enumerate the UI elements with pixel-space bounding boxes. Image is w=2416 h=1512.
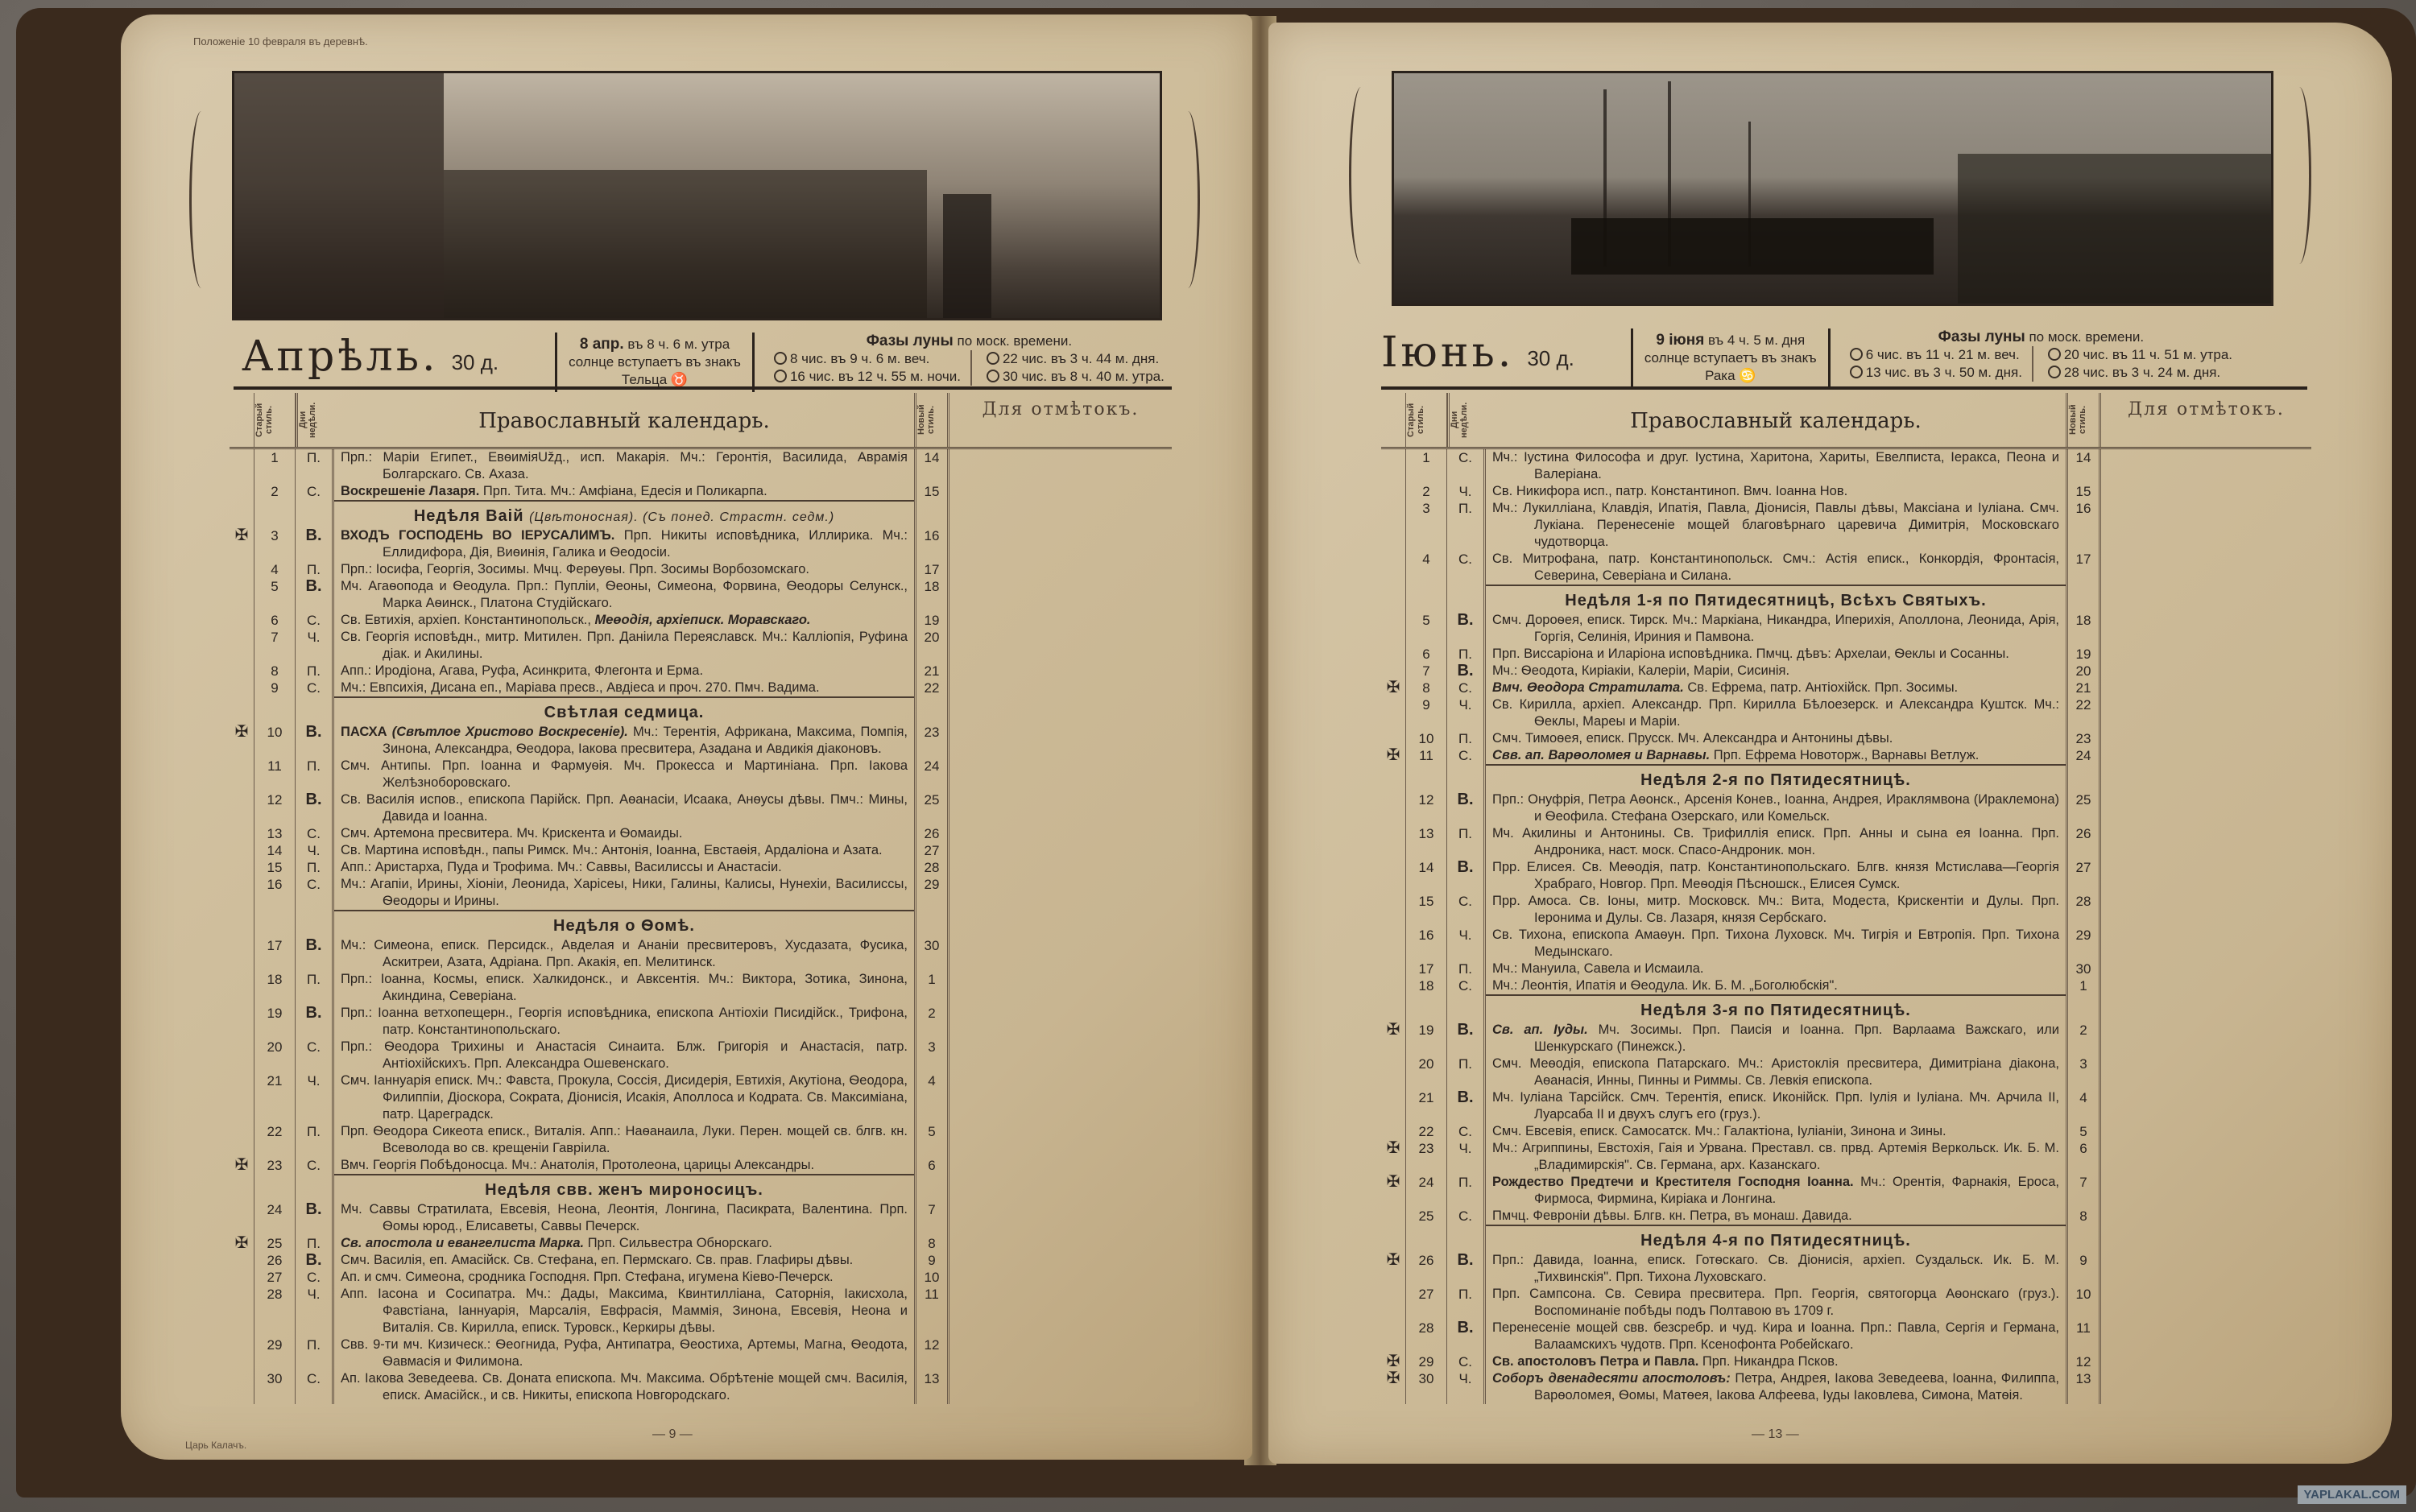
- saints-text: Мч. Акилины и Антонины. Св. Трифиллія еп…: [1486, 825, 2066, 859]
- table-row: 8П.Апп.: Иродіона, Агава, Руфа, Асинкрит…: [230, 663, 1172, 680]
- notes-cell: [2101, 893, 2311, 927]
- feast-cross-icon: [230, 1039, 254, 1072]
- old-style-date: 10: [1405, 730, 1447, 747]
- old-style-date: 2: [1405, 483, 1447, 500]
- new-style-date: 5: [2066, 1123, 2101, 1140]
- weekday: В.: [296, 1005, 334, 1039]
- table-row: 12В.Прп.: Онуфрія, Петра Аѳонск., Арсені…: [1381, 791, 2311, 825]
- table-row: 14В.Прр. Елисея. Св. Меѳодія, патр. Конс…: [1381, 859, 2311, 893]
- old-style-date: 11: [1405, 747, 1447, 764]
- saints-text: Мч.: Мануила, Савела и Исмаила.: [1486, 960, 2066, 977]
- old-style-date: 11: [254, 758, 296, 791]
- saints-text: Прп. Виссаріона и Иларіона исповѣдника. …: [1486, 646, 2066, 663]
- saints-text: Прп.: Давида, Іоанна, еписк. Готѳскаго. …: [1486, 1252, 2066, 1286]
- new-style-date: 18: [2066, 612, 2101, 646]
- weekday: П.: [296, 758, 334, 791]
- table-row: 14Ч.Св. Мартина исповѣдн., папы Римск. М…: [230, 842, 1172, 859]
- saints-text: Ап. Іакова Зеведеева. Св. Доната епископ…: [334, 1370, 914, 1404]
- feast-cross-icon: [1381, 859, 1405, 893]
- saints-text: Апп.: Иродіона, Агава, Руфа, Асинкрита, …: [334, 663, 914, 680]
- weekday: С.: [1447, 449, 1486, 483]
- week-heading: Свѣтлая седмица.: [230, 696, 1172, 724]
- new-style-date: 2: [2066, 1022, 2101, 1056]
- new-style-date: 18: [914, 578, 949, 612]
- saints-text: Смч. Антипы. Прп. Іоанна и Фармуѳія. Мч.…: [334, 758, 914, 791]
- old-style-date: 20: [1405, 1056, 1447, 1089]
- notes-cell: [949, 561, 1172, 578]
- old-style-date: 28: [254, 1286, 296, 1336]
- weekday: С.: [1447, 1353, 1486, 1370]
- old-style-date: 23: [254, 1157, 296, 1174]
- feast-cross-icon: [230, 561, 254, 578]
- new-style-date: 13: [914, 1370, 949, 1404]
- table-row: 13П.Мч. Акилины и Антонины. Св. Трифиллі…: [1381, 825, 2311, 859]
- notes-cell: [949, 483, 1172, 500]
- old-style-date: 19: [254, 1005, 296, 1039]
- feast-cross-icon: [230, 483, 254, 500]
- feast-cross-icon: ✠: [230, 1235, 254, 1252]
- feast-cross-icon: ✠: [1381, 1174, 1405, 1208]
- old-style-date: 2: [254, 483, 296, 500]
- notes-cell: [2101, 747, 2311, 764]
- new-style-date: 3: [914, 1039, 949, 1072]
- weekday: П.: [1447, 1174, 1486, 1208]
- old-style-date: 24: [1405, 1174, 1447, 1208]
- saints-text: Мч.: Лукилліана, Клавдія, Ипатія, Павла,…: [1486, 500, 2066, 551]
- weekday: П.: [1447, 730, 1486, 747]
- notes-cell: [2101, 483, 2311, 500]
- feast-cross-icon: [1381, 977, 1405, 994]
- feast-cross-icon: [230, 937, 254, 971]
- feast-cross-icon: [1381, 1123, 1405, 1140]
- table-row: ✠25П.Св. апостола и евангелиста Марка. П…: [230, 1235, 1172, 1252]
- table-row: 17В.Мч.: Симеона, еписк. Персидск., Авде…: [230, 937, 1172, 971]
- new-style-date: 6: [2066, 1140, 2101, 1174]
- feast-cross-icon: ✠: [230, 1157, 254, 1174]
- old-style-date: 7: [254, 629, 296, 663]
- weekday: С.: [1447, 977, 1486, 994]
- saints-text: Св. Евтихія, архіеп. Константинопольск.,…: [334, 612, 914, 629]
- notes-cell: [949, 842, 1172, 859]
- notes-cell: [2101, 1056, 2311, 1089]
- new-style-date: 1: [2066, 977, 2101, 994]
- old-style-date: 21: [1405, 1089, 1447, 1123]
- weekday: В.: [1447, 1320, 1486, 1353]
- notes-cell: [949, 1201, 1172, 1235]
- page-number: — 9 —: [652, 1427, 693, 1442]
- old-style-date: 9: [254, 680, 296, 696]
- old-style-date: 9: [1405, 696, 1447, 730]
- saints-text: Мч.: Леонтія, Ипатія и Ѳеодула. Ик. Б. М…: [1486, 977, 2066, 994]
- saints-text: Св. апостола и евангелиста Марка. Прп. С…: [334, 1235, 914, 1252]
- river-boats-illustration: [1392, 71, 2273, 306]
- table-row: 13С.Смч. Артемона пресвитера. Мч. Криске…: [230, 825, 1172, 842]
- new-style-date: 6: [914, 1157, 949, 1174]
- weekday: С.: [296, 680, 334, 696]
- weekday: С.: [296, 1269, 334, 1286]
- feast-cross-icon: [230, 876, 254, 910]
- table-row: 16Ч.Св. Тихона, епископа Амаѳун. Прп. Ти…: [1381, 927, 2311, 960]
- weekday: В.: [296, 724, 334, 758]
- saints-text: Св. Мартина исповѣдн., папы Римск. Мч.: …: [334, 842, 914, 859]
- floral-ornament-icon: [2287, 87, 2311, 264]
- notes-cell: [949, 1286, 1172, 1336]
- feast-cross-icon: [230, 1286, 254, 1336]
- weekday: П.: [296, 663, 334, 680]
- old-style-date: 22: [1405, 1123, 1447, 1140]
- table-row: ✠24П.Рождество Предтечи и Крестителя Гос…: [1381, 1174, 2311, 1208]
- saints-text: Св. ап. Іуды. Мч. Зосимы. Прп. Паисія и …: [1486, 1022, 2066, 1056]
- table-body: 1П.Прп.: Маріи Египет., ЕвѳиміяUžд., исп…: [230, 449, 1172, 1404]
- saints-text: Мч.: Іустина Философа и друг. Іустина, Х…: [1486, 449, 2066, 483]
- saints-text: Мч.: Ѳеодота, Киріакіи, Калеріи, Маріи, …: [1486, 663, 2066, 680]
- saints-text: ПАСХА (Свѣтлое Христово Воскресеніе). Мч…: [334, 724, 914, 758]
- notes-cell: [2101, 1174, 2311, 1208]
- old-style-date: 12: [254, 791, 296, 825]
- calendar-table: Старый стиль. Дни недѣли. Православный к…: [230, 393, 1172, 1404]
- moon-phase-icon: [2048, 366, 2061, 378]
- feast-cross-icon: [230, 629, 254, 663]
- weekday: В.: [1447, 612, 1486, 646]
- table-row: 16С.Мч.: Агапіи, Ирины, Хіоніи, Леонида,…: [230, 876, 1172, 910]
- old-style-date: 5: [1405, 612, 1447, 646]
- notes-cell: [2101, 825, 2311, 859]
- saints-text: Прр. Амоса. Св. Іоны, митр. Московск. Мч…: [1486, 893, 2066, 927]
- feast-cross-icon: [1381, 730, 1405, 747]
- feast-cross-icon: [1381, 663, 1405, 680]
- month-days-count: 30 д.: [452, 350, 499, 375]
- new-style-date: 21: [2066, 680, 2101, 696]
- feast-cross-icon: [1381, 960, 1405, 977]
- week-heading: Недѣля Ваій (Цвѣтоносная). (Съ понед. Ст…: [230, 500, 1172, 527]
- saints-text: Прп. Ѳеодора Сикеота еписк., Виталія. Ап…: [334, 1123, 914, 1157]
- weekday: В.: [296, 578, 334, 612]
- feast-cross-icon: ✠: [1381, 1140, 1405, 1174]
- month-title: Апрѣль.: [242, 333, 439, 381]
- saints-text: Перенесеніе мощей свв. безсребр. и чуд. …: [1486, 1320, 2066, 1353]
- table-row: 11П.Смч. Антипы. Прп. Іоанна и Фармуѳія.…: [230, 758, 1172, 791]
- notes-cell: [949, 1252, 1172, 1269]
- weekday: С.: [296, 483, 334, 500]
- old-style-date: 29: [1405, 1353, 1447, 1370]
- old-style-date: 16: [254, 876, 296, 910]
- month-header: Іюнь. 30 д. 9 іюня въ 4 ч. 5 м. дня солн…: [1381, 328, 2396, 388]
- new-style-date: 26: [914, 825, 949, 842]
- feast-cross-icon: [1381, 825, 1405, 859]
- old-style-date: 3: [254, 527, 296, 561]
- old-style-date: 10: [254, 724, 296, 758]
- notes-cell: [2101, 646, 2311, 663]
- notes-cell: [2101, 859, 2311, 893]
- old-style-date: 20: [254, 1039, 296, 1072]
- new-style-date: 9: [2066, 1252, 2101, 1286]
- weekday: В.: [296, 937, 334, 971]
- new-style-date: 1: [914, 971, 949, 1005]
- weekday: В.: [1447, 791, 1486, 825]
- new-style-date: 10: [2066, 1286, 2101, 1320]
- old-style-date: 15: [1405, 893, 1447, 927]
- new-style-date: 5: [914, 1123, 949, 1157]
- old-style-date: 18: [1405, 977, 1447, 994]
- feast-cross-icon: [1381, 791, 1405, 825]
- weekday: П.: [1447, 825, 1486, 859]
- old-style-date: 15: [254, 859, 296, 876]
- feast-cross-icon: [1381, 1208, 1405, 1225]
- saints-text: Свв. 9-ти мч. Кизическ.: Ѳеогнида, Руфа,…: [334, 1336, 914, 1370]
- notes-cell: [2101, 1320, 2311, 1353]
- weekday: П.: [296, 1123, 334, 1157]
- moon-phase-icon: [1850, 366, 1863, 378]
- table-header: Старый стиль. Дни недѣли. Православный к…: [1381, 393, 2311, 449]
- old-style-date: 25: [254, 1235, 296, 1252]
- page-number: — 13 —: [1752, 1427, 1799, 1442]
- saints-text: Рождество Предтечи и Крестителя Господня…: [1486, 1174, 2066, 1208]
- weekday: П.: [296, 449, 334, 483]
- old-style-date: 14: [1405, 859, 1447, 893]
- new-style-date: 30: [914, 937, 949, 971]
- weekday: П.: [296, 561, 334, 578]
- new-style-date: 12: [2066, 1353, 2101, 1370]
- table-row: 24В.Мч. Саввы Стратилата, Евсевія, Неона…: [230, 1201, 1172, 1235]
- bottom-caption: Царь Калачъ.: [185, 1440, 246, 1451]
- notes-cell: [949, 1336, 1172, 1370]
- weekday: С.: [1447, 680, 1486, 696]
- table-row: ✠11С.Свв. ап. Варѳоломея и Варнавы. Прп.…: [1381, 747, 2311, 764]
- weekday: В.: [296, 527, 334, 561]
- notes-cell: [2101, 791, 2311, 825]
- old-style-date: 14: [254, 842, 296, 859]
- feast-cross-icon: [1381, 893, 1405, 927]
- feast-cross-icon: [230, 859, 254, 876]
- feast-cross-icon: ✠: [1381, 680, 1405, 696]
- feast-cross-icon: [230, 1252, 254, 1269]
- table-row: 15П.Апп.: Аристарха, Пуда и Трофима. Мч.…: [230, 859, 1172, 876]
- old-style-date: 13: [254, 825, 296, 842]
- new-style-date: 7: [914, 1201, 949, 1235]
- weekday: Ч.: [1447, 1140, 1486, 1174]
- weekday: Ч.: [296, 842, 334, 859]
- saints-text: Св. Никифора исп., патр. Константиноп. В…: [1486, 483, 2066, 500]
- table-row: 21В.Мч. Іуліана Тарсійск. Смч. Терентія,…: [1381, 1089, 2311, 1123]
- saints-text: Смч. Іаннуарія еписк. Мч.: Фавста, Проку…: [334, 1072, 914, 1123]
- new-style-date: 9: [914, 1252, 949, 1269]
- saints-text: Мч.: Симеона, еписк. Персидск., Авделая …: [334, 937, 914, 971]
- feast-cross-icon: ✠: [1381, 1022, 1405, 1056]
- table-row: 19В.Прп.: Іоанна ветхопещерн., Георгія и…: [230, 1005, 1172, 1039]
- new-style-date: 15: [914, 483, 949, 500]
- new-style-date: 2: [914, 1005, 949, 1039]
- new-style-date: 17: [914, 561, 949, 578]
- notes-cell: [949, 1072, 1172, 1123]
- moon-phase-icon: [2048, 348, 2061, 361]
- old-style-date: 26: [1405, 1252, 1447, 1286]
- notes-cell: [2101, 1252, 2311, 1286]
- feast-cross-icon: ✠: [1381, 1252, 1405, 1286]
- table-header: Старый стиль. Дни недѣли. Православный к…: [230, 393, 1172, 449]
- notes-cell: [949, 1269, 1172, 1286]
- weekday: С.: [1447, 551, 1486, 585]
- saints-text: Прп.: Іоанна ветхопещерн., Георгія испов…: [334, 1005, 914, 1039]
- old-style-date: 27: [1405, 1286, 1447, 1320]
- notes-cell: [2101, 612, 2311, 646]
- feast-cross-icon: [1381, 696, 1405, 730]
- feast-cross-icon: [1381, 551, 1405, 585]
- notes-cell: [2101, 696, 2311, 730]
- saints-text: Св. апостоловъ Петра и Павла. Прп. Никан…: [1486, 1353, 2066, 1370]
- table-row: 18С.Мч.: Леонтія, Ипатія и Ѳеодула. Ик. …: [1381, 977, 2311, 994]
- new-style-date: 29: [2066, 927, 2101, 960]
- new-style-date: 3: [2066, 1056, 2101, 1089]
- notes-cell: [2101, 927, 2311, 960]
- old-style-date: 21: [254, 1072, 296, 1123]
- feast-cross-icon: [230, 1336, 254, 1370]
- saints-text: Прп.: Ѳеодора Трихины и Анастасія Синаит…: [334, 1039, 914, 1072]
- new-style-date: 10: [914, 1269, 949, 1286]
- notes-cell: [2101, 449, 2311, 483]
- notes-cell: [949, 1370, 1172, 1404]
- new-style-date: 28: [914, 859, 949, 876]
- notes-cell: [949, 527, 1172, 561]
- new-style-date: 8: [914, 1235, 949, 1252]
- old-style-date: 4: [1405, 551, 1447, 585]
- new-style-date: 20: [2066, 663, 2101, 680]
- table-row: 4С.Св. Митрофана, патр. Константинопольс…: [1381, 551, 2311, 585]
- table-row: 21Ч.Смч. Іаннуарія еписк. Мч.: Фавста, П…: [230, 1072, 1172, 1123]
- table-row: ✠3В.ВХОДЪ ГОСПОДЕНЬ ВО ІЕРУСАЛИМЪ. Прп. …: [230, 527, 1172, 561]
- table-row: 15С.Прр. Амоса. Св. Іоны, митр. Московск…: [1381, 893, 2311, 927]
- divider: [234, 386, 1172, 390]
- weekday: П.: [1447, 646, 1486, 663]
- saints-text: Вмч. Георгія Побѣдоносца. Мч.: Анатолія,…: [334, 1157, 914, 1174]
- table-row: ✠23С.Вмч. Георгія Побѣдоносца. Мч.: Анат…: [230, 1157, 1172, 1174]
- saints-text: Смч. Меѳодія, епископа Патарскаго. Мч.: …: [1486, 1056, 2066, 1089]
- feast-cross-icon: [1381, 612, 1405, 646]
- new-style-date: 21: [914, 663, 949, 680]
- moon-phase-icon: [774, 370, 787, 382]
- notes-cell: [2101, 680, 2311, 696]
- notes-cell: [2101, 500, 2311, 551]
- week-heading: Недѣля 1-я по Пятидесятницѣ, Всѣхъ Святы…: [1381, 585, 2311, 612]
- feast-cross-icon: ✠: [230, 527, 254, 561]
- table-row: 26В.Смч. Василія, еп. Амасійск. Св. Стеф…: [230, 1252, 1172, 1269]
- weekday: В.: [1447, 1089, 1486, 1123]
- table-row: 17П.Мч.: Мануила, Савела и Исмаила.30: [1381, 960, 2311, 977]
- new-style-date: 17: [2066, 551, 2101, 585]
- notes-cell: [2101, 1370, 2311, 1404]
- notes-cell: [949, 1235, 1172, 1252]
- notes-cell: [2101, 1286, 2311, 1320]
- weekday: Ч.: [296, 1072, 334, 1123]
- table-row: 22П.Прп. Ѳеодора Сикеота еписк., Виталія…: [230, 1123, 1172, 1157]
- feast-cross-icon: [230, 578, 254, 612]
- notes-cell: [2101, 1022, 2311, 1056]
- feast-cross-icon: [1381, 500, 1405, 551]
- week-heading: Недѣля 3-я по Пятидесятницѣ.: [1381, 994, 2311, 1022]
- sun-sign-entry: 9 іюня въ 4 ч. 5 м. дня солнце вступаетъ…: [1631, 328, 1831, 388]
- old-style-date: 8: [254, 663, 296, 680]
- feast-cross-icon: [230, 449, 254, 483]
- saints-text: Мч.: Евпсихія, Дисана еп., Маріава пресв…: [334, 680, 914, 696]
- weekday: П.: [296, 1336, 334, 1370]
- feast-cross-icon: [1381, 1286, 1405, 1320]
- old-style-date: 29: [254, 1336, 296, 1370]
- weekday: В.: [296, 791, 334, 825]
- old-style-date: 17: [1405, 960, 1447, 977]
- notes-cell: [2101, 960, 2311, 977]
- table-row: 2С.Воскрешеніе Лазаря. Прп. Тита. Мч.: А…: [230, 483, 1172, 500]
- table-row: 12В.Св. Василія испов., епископа Парійск…: [230, 791, 1172, 825]
- notes-cell: [949, 449, 1172, 483]
- floral-ornament-icon: [1176, 111, 1200, 288]
- weekday: В.: [296, 1252, 334, 1269]
- notes-cell: [2101, 1089, 2311, 1123]
- old-style-date: 6: [1405, 646, 1447, 663]
- month-header: Апрѣль. 30 д. 8 апр. въ 8 ч. 6 м. утра с…: [242, 333, 1313, 392]
- illustration-caption: Положеніе 10 февраля въ деревнѣ.: [193, 35, 368, 48]
- feast-cross-icon: [1381, 646, 1405, 663]
- feast-cross-icon: [230, 791, 254, 825]
- table-row: 18П.Прп.: Іоанна, Космы, еписк. Халкидон…: [230, 971, 1172, 1005]
- moon-phases: Фазы луны по моск. времени. 6 чис. въ 11…: [1850, 328, 2232, 382]
- new-style-date: 11: [914, 1286, 949, 1336]
- feast-cross-icon: [230, 612, 254, 629]
- table-row: 4П.Прп.: Іосифа, Георгія, Зосимы. Мчц. Ф…: [230, 561, 1172, 578]
- saints-text: Пмчц. Февроніи дѣвы. Блгв. кн. Петра, въ…: [1486, 1208, 2066, 1225]
- saints-text: Свв. ап. Варѳоломея и Варнавы. Прп. Ефре…: [1486, 747, 2066, 764]
- month-title: Іюнь.: [1381, 328, 1514, 377]
- table-row: ✠29С.Св. апостоловъ Петра и Павла. Прп. …: [1381, 1353, 2311, 1370]
- table-row: 1П.Прп.: Маріи Египет., ЕвѳиміяUžд., исп…: [230, 449, 1172, 483]
- feast-cross-icon: [230, 1201, 254, 1235]
- table-row: 7В.Мч.: Ѳеодота, Киріакіи, Калеріи, Марі…: [1381, 663, 2311, 680]
- new-style-date: 13: [2066, 1370, 2101, 1404]
- notes-cell: [949, 825, 1172, 842]
- old-style-date: 12: [1405, 791, 1447, 825]
- old-style-date: 30: [254, 1370, 296, 1404]
- saints-text: Воскрешеніе Лазаря. Прп. Тита. Мч.: Амфі…: [334, 483, 914, 500]
- new-style-date: 14: [2066, 449, 2101, 483]
- divider: [1381, 386, 2307, 390]
- weekday: В.: [1447, 1252, 1486, 1286]
- notes-cell: [949, 791, 1172, 825]
- calendar-table: Старый стиль. Дни недѣли. Православный к…: [1381, 393, 2311, 1404]
- notes-cell: [2101, 1353, 2311, 1370]
- feast-cross-icon: [230, 1370, 254, 1404]
- old-style-date: 7: [1405, 663, 1447, 680]
- notes-cell: [949, 1039, 1172, 1072]
- week-heading: Недѣля 4-я по Пятидесятницѣ.: [1381, 1225, 2311, 1252]
- weekday: П.: [1447, 500, 1486, 551]
- feast-cross-icon: [230, 842, 254, 859]
- floral-ornament-icon: [189, 111, 213, 288]
- old-style-date: 6: [254, 612, 296, 629]
- page-april: Положеніе 10 февраля въ деревнѣ. Апрѣль.…: [121, 14, 1252, 1460]
- saints-text: Мч. Саввы Стратилата, Евсевія, Неона, Ле…: [334, 1201, 914, 1235]
- table-row: 1С.Мч.: Іустина Философа и друг. Іустина…: [1381, 449, 2311, 483]
- new-style-date: 19: [914, 612, 949, 629]
- old-style-date: 24: [254, 1201, 296, 1235]
- feast-cross-icon: [1381, 1320, 1405, 1353]
- new-style-date: 4: [2066, 1089, 2101, 1123]
- moon-phase-icon: [774, 352, 787, 365]
- weekday: В.: [1447, 859, 1486, 893]
- new-style-date: 8: [2066, 1208, 2101, 1225]
- notes-cell: [2101, 663, 2311, 680]
- old-style-date: 5: [254, 578, 296, 612]
- weekday: В.: [296, 1201, 334, 1235]
- old-style-date: 13: [1405, 825, 1447, 859]
- zodiac-cancer-icon: Рака ♋: [1644, 367, 1817, 385]
